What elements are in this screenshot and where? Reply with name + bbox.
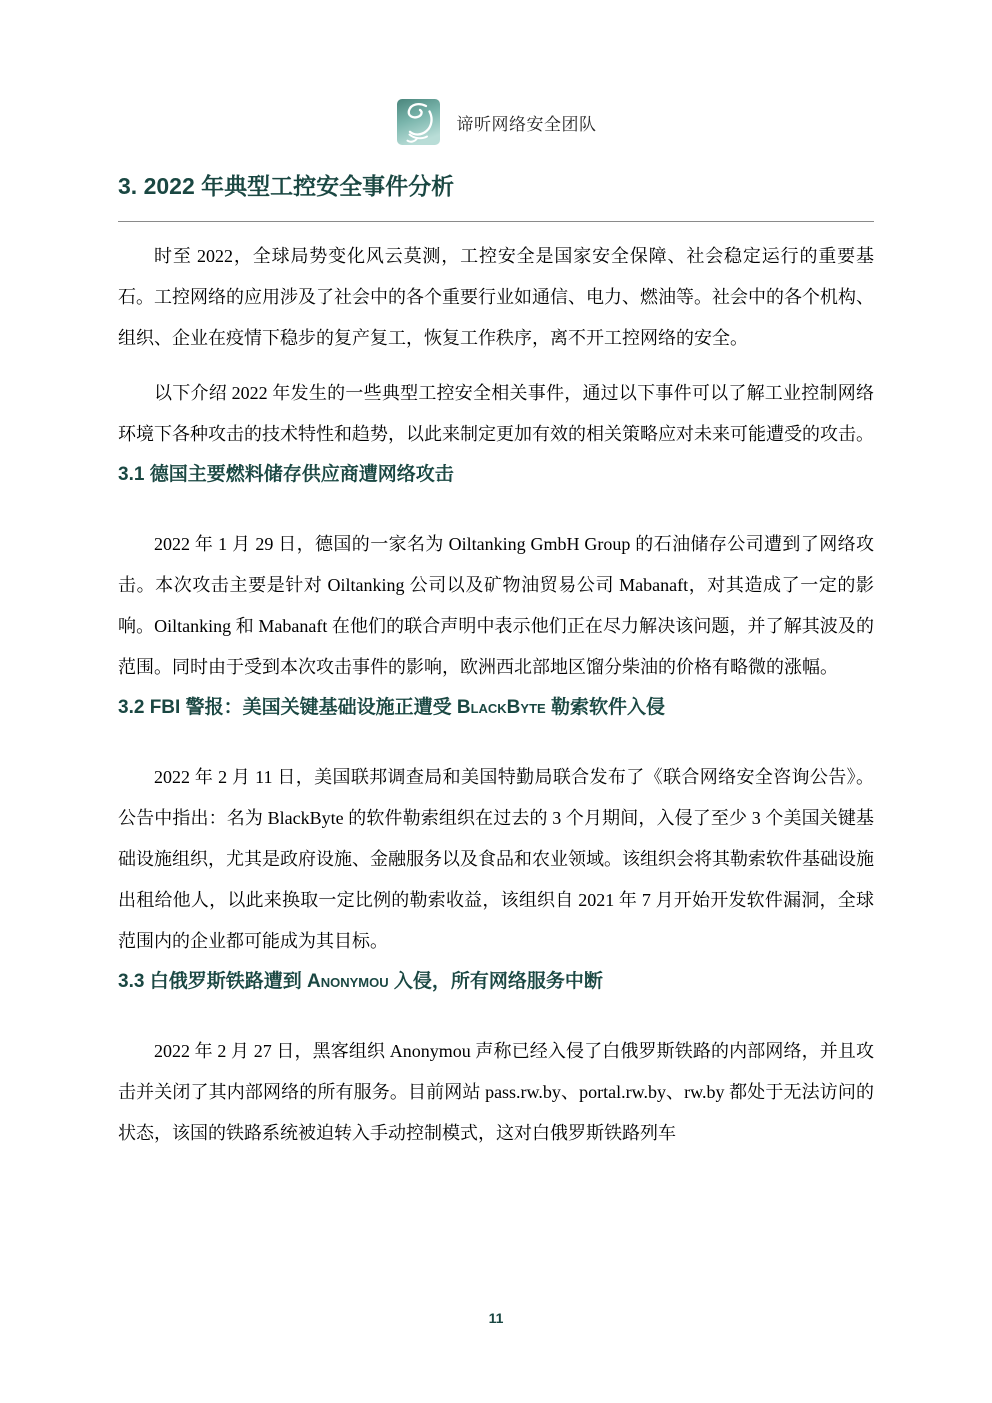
subsection-3-1-paragraph: 2022 年 1 月 29 日，德国的一家名为 Oiltanking GmbH … [118, 524, 874, 688]
page-number: 11 [489, 1310, 504, 1326]
document-body: 3. 2022 年典型工控安全事件分析 时至 2022，全球局势变化风云莫测，工… [118, 171, 874, 1154]
page-footer: 11 [0, 1310, 992, 1328]
subsection-3-2-paragraph: 2022 年 2 月 11 日，美国联邦调查局和美国特勤局联合发布了《联合网络安… [118, 757, 874, 962]
document-page: 谛听网络安全团队 3. 2022 年典型工控安全事件分析 时至 2022，全球局… [0, 0, 992, 1403]
diting-seal-logo-icon [396, 98, 441, 146]
subsection-heading-3-3: 3.3 白俄罗斯铁路遭到 Anonymou 入侵，所有网络服务中断 [118, 968, 874, 996]
subsection-heading-3-2: 3.2 FBI 警报：美国关键基础设施正遭受 BlackByte 勒索软件入侵 [118, 694, 874, 722]
subsection-heading-3-1: 3.1 德国主要燃料储存供应商遭网络攻击 [118, 461, 874, 489]
chapter-title: 3. 2022 年典型工控安全事件分析 [118, 171, 874, 201]
intro-paragraph-1: 时至 2022，全球局势变化风云莫测，工控安全是国家安全保障、社会稳定运行的重要… [118, 236, 874, 359]
intro-paragraph-2: 以下介绍 2022 年发生的一些典型工控安全相关事件，通过以下事件可以了解工业控… [118, 373, 874, 455]
title-divider [118, 221, 874, 222]
subsection-3-3-paragraph: 2022 年 2 月 27 日，黑客组织 Anonymou 声称已经入侵了白俄罗… [118, 1031, 874, 1154]
team-name-label: 谛听网络安全团队 [457, 110, 597, 135]
header: 谛听网络安全团队 [0, 0, 992, 146]
